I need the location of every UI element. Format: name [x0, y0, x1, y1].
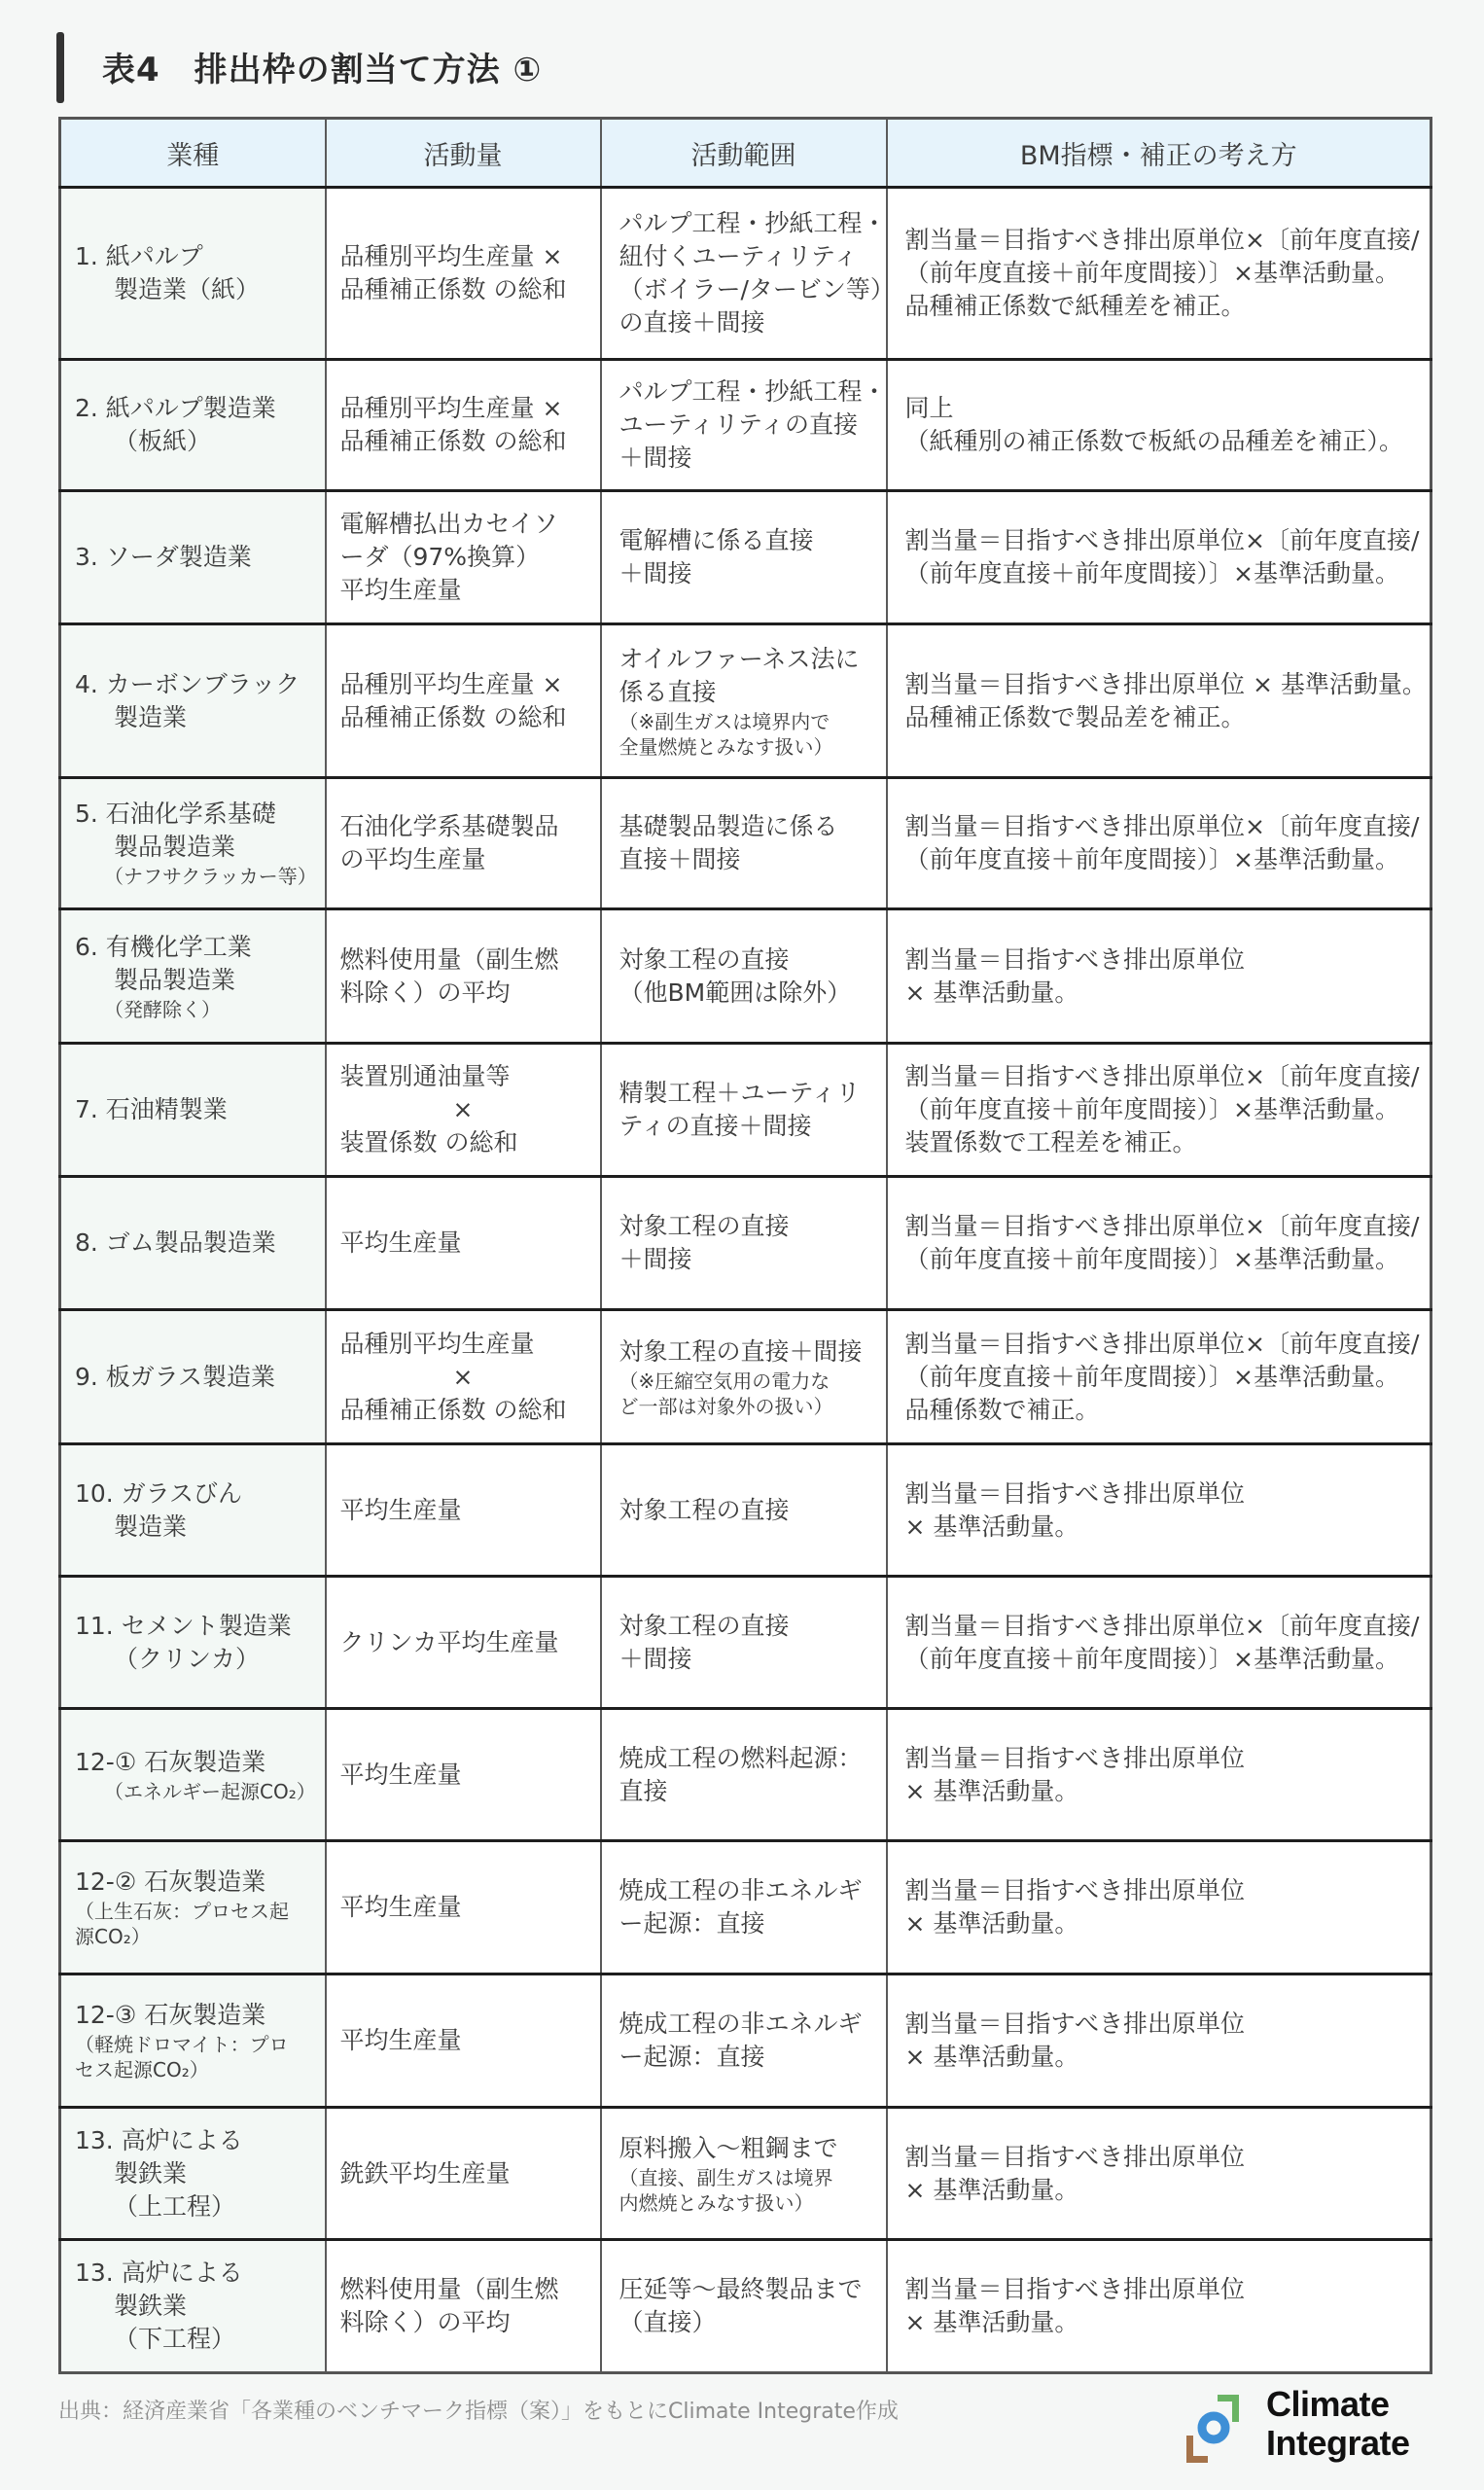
scope-text: ＋間接 [619, 1243, 872, 1276]
activity-text: 品種補正係数 の総和 [340, 1394, 586, 1427]
industry-cell: 13. 高炉による製鉄業（下工程） [60, 2240, 326, 2373]
method-text: × 基準活動量。 [905, 2174, 1417, 2207]
method-text: （前年度直接＋前年度間接）〕×基準活動量。 [905, 1243, 1417, 1276]
industry-cell: 12-② 石灰製造業（上生石灰：プロセス起源CO₂） [60, 1841, 326, 1974]
industry-label: 製造業 [75, 1511, 311, 1544]
industry-label: 2. 紙パルプ製造業 [75, 392, 311, 425]
scope-text: 対象工程の直接 [619, 943, 872, 977]
industry-label: （クリンカ） [75, 1643, 311, 1676]
scope-cell: パルプ工程・抄紙工程・紐付くユーティリティ（ボイラー/タービン等）の直接＋間接 [601, 188, 887, 360]
activity-text: 石油化学系基礎製品 [340, 810, 586, 843]
method-cell: 割当量＝目指すべき排出原単位×〔前年度直接/（前年度直接＋前年度間接）〕×基準活… [887, 1177, 1431, 1310]
activity-cell: クリンカ平均生産量 [326, 1577, 601, 1709]
scope-cell: 圧延等〜最終製品まで（直接） [601, 2240, 887, 2373]
table-row: 9. 板ガラス製造業品種別平均生産量×品種補正係数 の総和対象工程の直接＋間接（… [60, 1310, 1431, 1444]
activity-text: 料除く）の平均 [340, 2306, 586, 2339]
scope-text: 電解槽に係る直接 [619, 524, 872, 557]
industry-cell: 12-① 石灰製造業（エネルギー起源CO₂） [60, 1709, 326, 1841]
activity-cell: 品種別平均生産量×品種補正係数 の総和 [326, 1310, 601, 1444]
industry-cell: 4. カーボンブラック製造業 [60, 624, 326, 778]
table-row: 13. 高炉による製鉄業（上工程）銑鉄平均生産量原料搬入〜粗鋼まで（直接、副生ガ… [60, 2108, 1431, 2240]
scope-cell: 対象工程の直接 [601, 1444, 887, 1577]
method-cell: 割当量＝目指すべき排出原単位× 基準活動量。 [887, 1709, 1431, 1841]
scope-text: （直接） [619, 2306, 872, 2339]
industry-label: 製造業 [75, 701, 311, 734]
scope-cell: オイルファーネス法に係る直接（※副生ガスは境界内で全量燃焼とみなす扱い） [601, 624, 887, 778]
industry-label: 1. 紙パルプ [75, 240, 311, 273]
method-cell: 割当量＝目指すべき排出原単位× 基準活動量。 [887, 2108, 1431, 2240]
table-row: 6. 有機化学工業製品製造業（発酵除く）燃料使用量（副生燃料除く）の平均対象工程… [60, 909, 1431, 1044]
scope-note: 全量燃焼とみなす扱い） [619, 734, 872, 760]
activity-cell: 平均生産量 [326, 1841, 601, 1974]
scope-text: ー起源：直接 [619, 2041, 872, 2074]
scope-cell: 対象工程の直接＋間接 [601, 1577, 887, 1709]
method-cell: 割当量＝目指すべき排出原単位×〔前年度直接/（前年度直接＋前年度間接）〕×基準活… [887, 1577, 1431, 1709]
activity-cell: 品種別平均生産量 ×品種補正係数 の総和 [326, 624, 601, 778]
scope-cell: 対象工程の直接＋間接（※圧縮空気用の電力など一部は対象外の扱い） [601, 1310, 887, 1444]
scope-text: 焼成工程の非エネルギ [619, 2008, 872, 2041]
activity-text: 平均生産量 [340, 1891, 586, 1924]
industry-note: （発酵除く） [75, 997, 311, 1022]
scope-text: 対象工程の直接 [619, 1210, 872, 1243]
industry-label: 7. 石油精製業 [75, 1093, 311, 1126]
table-row: 2. 紙パルプ製造業（板紙）品種別平均生産量 ×品種補正係数 の総和パルプ工程・… [60, 360, 1431, 491]
method-text: （前年度直接＋前年度間接）〕×基準活動量。 [905, 1093, 1417, 1126]
scope-note: （直接、副生ガスは境界 [619, 2165, 872, 2190]
method-cell: 割当量＝目指すべき排出原単位×〔前年度直接/（前年度直接＋前年度間接）〕×基準活… [887, 1310, 1431, 1444]
climate-integrate-logo: Climate Integrate [1184, 2385, 1437, 2472]
scope-cell: 原料搬入〜粗鋼まで（直接、副生ガスは境界内燃焼とみなす扱い） [601, 2108, 887, 2240]
method-text: （前年度直接＋前年度間接）〕×基準活動量。 [905, 257, 1417, 290]
table-row: 8. ゴム製品製造業平均生産量対象工程の直接＋間接割当量＝目指すべき排出原単位×… [60, 1177, 1431, 1310]
industry-cell: 6. 有機化学工業製品製造業（発酵除く） [60, 909, 326, 1044]
method-text: 品種補正係数で製品差を補正。 [905, 701, 1417, 734]
industry-cell: 12-③ 石灰製造業（軽焼ドロマイト：プロセス起源CO₂） [60, 1974, 326, 2108]
table-row: 12-③ 石灰製造業（軽焼ドロマイト：プロセス起源CO₂）平均生産量焼成工程の非… [60, 1974, 1431, 2108]
scope-cell: パルプ工程・抄紙工程・ユーティリティの直接＋間接 [601, 360, 887, 491]
scope-text: 直接＋間接 [619, 843, 872, 876]
method-text: × 基準活動量。 [905, 1907, 1417, 1940]
source-note: 出典：経済産業省「各業種のベンチマーク指標（案）」をもとにClimate Int… [58, 2395, 899, 2425]
activity-text: 品種補正係数 の総和 [340, 425, 586, 458]
activity-cell: 品種別平均生産量 ×品種補正係数 の総和 [326, 188, 601, 360]
activity-text: × [340, 1093, 586, 1126]
method-cell: 割当量＝目指すべき排出原単位× 基準活動量。 [887, 1974, 1431, 2108]
activity-text: 品種別平均生産量 × [340, 668, 586, 701]
method-text: 割当量＝目指すべき排出原単位 [905, 2008, 1417, 2041]
method-text: 割当量＝目指すべき排出原単位 [905, 943, 1417, 977]
industry-label: 8. ゴム製品製造業 [75, 1227, 311, 1260]
method-text: × 基準活動量。 [905, 2041, 1417, 2074]
industry-label: 12-③ 石灰製造業 [75, 1999, 311, 2032]
industry-label: （下工程） [75, 2323, 311, 2356]
industry-label: 12-② 石灰製造業 [75, 1866, 311, 1899]
activity-text: の平均生産量 [340, 843, 586, 876]
industry-label: 9. 板ガラス製造業 [75, 1361, 311, 1394]
method-text: 割当量＝目指すべき排出原単位 [905, 2141, 1417, 2174]
industry-cell: 11. セメント製造業（クリンカ） [60, 1577, 326, 1709]
activity-text: 料除く）の平均 [340, 977, 586, 1010]
scope-text: ＋間接 [619, 442, 872, 475]
table-row: 12-① 石灰製造業（エネルギー起源CO₂）平均生産量焼成工程の燃料起源：直接割… [60, 1709, 1431, 1841]
scope-note: （※副生ガスは境界内で [619, 709, 872, 734]
method-cell: 割当量＝目指すべき排出原単位×〔前年度直接/（前年度直接＋前年度間接）〕×基準活… [887, 491, 1431, 624]
industry-cell: 8. ゴム製品製造業 [60, 1177, 326, 1310]
method-text: 割当量＝目指すべき排出原単位×〔前年度直接/ [905, 1210, 1417, 1243]
activity-text: 平均生産量 [340, 1494, 586, 1527]
industry-label: 10. ガラスびん [75, 1477, 311, 1511]
method-text: （前年度直接＋前年度間接）〕×基準活動量。 [905, 843, 1417, 876]
activity-text: 装置係数 の総和 [340, 1126, 586, 1159]
industry-note: 源CO₂） [75, 1924, 311, 1949]
method-cell: 同上（紙種別の補正係数で板紙の品種差を補正）。 [887, 360, 1431, 491]
method-text: （前年度直接＋前年度間接）〕×基準活動量。 [905, 557, 1417, 590]
scope-note: （※圧縮空気用の電力な [619, 1369, 872, 1394]
activity-text: 平均生産量 [340, 1759, 586, 1792]
method-text: 割当量＝目指すべき排出原単位×〔前年度直接/ [905, 524, 1417, 557]
activity-cell: 銑鉄平均生産量 [326, 2108, 601, 2240]
activity-text: 品種別平均生産量 × [340, 240, 586, 273]
method-text: 割当量＝目指すべき排出原単位×〔前年度直接/ [905, 1610, 1417, 1643]
activity-text: 電解槽払出カセイソ [340, 508, 586, 541]
activity-text: 品種別平均生産量 × [340, 392, 586, 425]
activity-text: × [340, 1361, 586, 1394]
industry-label: 製鉄業 [75, 2157, 311, 2190]
scope-text: パルプ工程・抄紙工程・ [619, 375, 872, 409]
scope-note: 内燃焼とみなす扱い） [619, 2190, 872, 2216]
method-text: × 基準活動量。 [905, 977, 1417, 1010]
industry-cell: 2. 紙パルプ製造業（板紙） [60, 360, 326, 491]
scope-text: 精製工程＋ユーティリ [619, 1077, 872, 1110]
table-row: 11. セメント製造業（クリンカ）クリンカ平均生産量対象工程の直接＋間接割当量＝… [60, 1577, 1431, 1709]
activity-cell: 装置別通油量等×装置係数 の総和 [326, 1044, 601, 1177]
scope-text: の直接＋間接 [619, 306, 872, 339]
header-scope: 活動範囲 [601, 119, 887, 188]
industry-note: セス起源CO₂） [75, 2057, 311, 2082]
table-row: 3. ソーダ製造業電解槽払出カセイソーダ（97%換算）平均生産量電解槽に係る直接… [60, 491, 1431, 624]
title-accent-bar [56, 32, 64, 103]
scope-text: （他BM範囲は除外） [619, 977, 872, 1010]
method-text: 割当量＝目指すべき排出原単位×〔前年度直接/ [905, 224, 1417, 257]
scope-cell: 対象工程の直接（他BM範囲は除外） [601, 909, 887, 1044]
allocation-method-table: 業種 活動量 活動範囲 BM指標・補正の考え方 1. 紙パルプ製造業（紙）品種別… [58, 117, 1432, 2374]
method-cell: 割当量＝目指すべき排出原単位×〔前年度直接/（前年度直接＋前年度間接）〕×基準活… [887, 1044, 1431, 1177]
logo-mark-icon [1184, 2385, 1262, 2472]
activity-text: 燃料使用量（副生燃 [340, 943, 586, 977]
method-text: 割当量＝目指すべき排出原単位×〔前年度直接/ [905, 1328, 1417, 1361]
industry-cell: 1. 紙パルプ製造業（紙） [60, 188, 326, 360]
table-row: 4. カーボンブラック製造業品種別平均生産量 ×品種補正係数 の総和オイルファー… [60, 624, 1431, 778]
method-cell: 割当量＝目指すべき排出原単位× 基準活動量。 [887, 1841, 1431, 1974]
scope-text: パルプ工程・抄紙工程・ [619, 207, 872, 240]
method-text: （前年度直接＋前年度間接）〕×基準活動量。 [905, 1643, 1417, 1676]
industry-label: （板紙） [75, 425, 311, 458]
activity-text: 品種補正係数 の総和 [340, 701, 586, 734]
scope-text: （ボイラー/タービン等） [619, 273, 872, 306]
activity-text: 品種補正係数 の総和 [340, 273, 586, 306]
method-text: 割当量＝目指すべき排出原単位 [905, 1477, 1417, 1511]
activity-text: 平均生産量 [340, 2024, 586, 2057]
header-industry: 業種 [60, 119, 326, 188]
method-text: （前年度直接＋前年度間接）〕×基準活動量。 [905, 1361, 1417, 1394]
scope-cell: 対象工程の直接＋間接 [601, 1177, 887, 1310]
activity-cell: 平均生産量 [326, 1974, 601, 2108]
scope-text: オイルファーネス法に [619, 643, 872, 676]
industry-cell: 5. 石油化学系基礎製品製造業（ナフサクラッカー等） [60, 778, 326, 909]
method-cell: 割当量＝目指すべき排出原単位× 基準活動量。 [887, 1444, 1431, 1577]
table-row: 12-② 石灰製造業（上生石灰：プロセス起源CO₂）平均生産量焼成工程の非エネル… [60, 1841, 1431, 1974]
scope-text: ＋間接 [619, 557, 872, 590]
scope-text: 直接 [619, 1775, 872, 1808]
activity-text: 平均生産量 [340, 574, 586, 607]
method-text: 割当量＝目指すべき排出原単位 × 基準活動量。 [905, 668, 1417, 701]
method-cell: 割当量＝目指すべき排出原単位×〔前年度直接/（前年度直接＋前年度間接）〕×基準活… [887, 778, 1431, 909]
method-text: 割当量＝目指すべき排出原単位 [905, 1874, 1417, 1907]
document-card: 表4 排出枠の割当て方法 ① 業種 活動量 活動範囲 BM指標・補正の考え方 1… [0, 0, 1484, 2490]
industry-label: （上工程） [75, 2190, 311, 2223]
industry-label: 4. カーボンブラック [75, 668, 311, 701]
industry-note: （上生石灰：プロセス起 [75, 1899, 311, 1924]
activity-cell: 品種別平均生産量 ×品種補正係数 の総和 [326, 360, 601, 491]
industry-label: 13. 高炉による [75, 2257, 311, 2290]
logo-text: Climate Integrate [1266, 2385, 1410, 2463]
method-cell: 割当量＝目指すべき排出原単位 × 基準活動量。品種補正係数で製品差を補正。 [887, 624, 1431, 778]
industry-label: 製鉄業 [75, 2290, 311, 2323]
table-row: 1. 紙パルプ製造業（紙）品種別平均生産量 ×品種補正係数 の総和パルプ工程・抄… [60, 188, 1431, 360]
activity-text: クリンカ平均生産量 [340, 1626, 586, 1659]
scope-cell: 基礎製品製造に係る直接＋間接 [601, 778, 887, 909]
industry-label: 11. セメント製造業 [75, 1610, 311, 1643]
industry-label: 製造業（紙） [75, 273, 311, 306]
method-text: 割当量＝目指すべき排出原単位 [905, 1742, 1417, 1775]
industry-note: （軽焼ドロマイト：プロ [75, 2032, 311, 2057]
scope-text: ー起源：直接 [619, 1907, 872, 1940]
scope-text: 圧延等〜最終製品まで [619, 2273, 872, 2306]
scope-cell: 焼成工程の燃料起源：直接 [601, 1709, 887, 1841]
industry-note: （ナフサクラッカー等） [75, 864, 311, 889]
activity-text: 平均生産量 [340, 1227, 586, 1260]
method-text: 品種係数で補正。 [905, 1394, 1417, 1427]
method-text: （紙種別の補正係数で板紙の品種差を補正）。 [905, 425, 1417, 458]
industry-cell: 9. 板ガラス製造業 [60, 1310, 326, 1444]
method-cell: 割当量＝目指すべき排出原単位× 基準活動量。 [887, 909, 1431, 1044]
scope-text: 基礎製品製造に係る [619, 810, 872, 843]
activity-cell: 平均生産量 [326, 1709, 601, 1841]
scope-text: 焼成工程の非エネルギ [619, 1874, 872, 1907]
table-row: 13. 高炉による製鉄業（下工程）燃料使用量（副生燃料除く）の平均圧延等〜最終製… [60, 2240, 1431, 2373]
scope-text: 係る直接 [619, 676, 872, 709]
activity-cell: 電解槽払出カセイソーダ（97%換算）平均生産量 [326, 491, 601, 624]
header-method: BM指標・補正の考え方 [887, 119, 1431, 188]
activity-cell: 石油化学系基礎製品の平均生産量 [326, 778, 601, 909]
activity-text: ーダ（97%換算） [340, 541, 586, 574]
method-text: 品種補正係数で紙種差を補正。 [905, 290, 1417, 323]
scope-text: 対象工程の直接 [619, 1494, 872, 1527]
activity-cell: 燃料使用量（副生燃料除く）の平均 [326, 2240, 601, 2373]
industry-label: 製品製造業 [75, 831, 311, 864]
scope-text: 対象工程の直接＋間接 [619, 1335, 872, 1369]
header-activity: 活動量 [326, 119, 601, 188]
method-text: 割当量＝目指すべき排出原単位×〔前年度直接/ [905, 810, 1417, 843]
scope-text: 焼成工程の燃料起源： [619, 1742, 872, 1775]
method-text: 装置係数で工程差を補正。 [905, 1126, 1417, 1159]
industry-cell: 10. ガラスびん製造業 [60, 1444, 326, 1577]
scope-note: ど一部は対象外の扱い） [619, 1394, 872, 1419]
table-header-row: 業種 活動量 活動範囲 BM指標・補正の考え方 [60, 119, 1431, 188]
industry-label: 6. 有機化学工業 [75, 931, 311, 964]
scope-text: ユーティリティの直接 [619, 409, 872, 442]
scope-text: ＋間接 [619, 1643, 872, 1676]
table-row: 5. 石油化学系基礎製品製造業（ナフサクラッカー等）石油化学系基礎製品の平均生産… [60, 778, 1431, 909]
scope-cell: 焼成工程の非エネルギー起源：直接 [601, 1974, 887, 2108]
activity-text: 燃料使用量（副生燃 [340, 2273, 586, 2306]
activity-cell: 燃料使用量（副生燃料除く）の平均 [326, 909, 601, 1044]
method-text: × 基準活動量。 [905, 1775, 1417, 1808]
scope-text: 対象工程の直接 [619, 1610, 872, 1643]
industry-cell: 13. 高炉による製鉄業（上工程） [60, 2108, 326, 2240]
method-text: 同上 [905, 392, 1417, 425]
industry-cell: 7. 石油精製業 [60, 1044, 326, 1177]
table-row: 10. ガラスびん製造業平均生産量対象工程の直接割当量＝目指すべき排出原単位× … [60, 1444, 1431, 1577]
industry-note: （エネルギー起源CO₂） [75, 1779, 311, 1804]
method-cell: 割当量＝目指すべき排出原単位×〔前年度直接/（前年度直接＋前年度間接）〕×基準活… [887, 188, 1431, 360]
activity-text: 銑鉄平均生産量 [340, 2157, 586, 2190]
method-text: 割当量＝目指すべき排出原単位×〔前年度直接/ [905, 1060, 1417, 1093]
method-cell: 割当量＝目指すべき排出原単位× 基準活動量。 [887, 2240, 1431, 2373]
activity-text: 品種別平均生産量 [340, 1328, 586, 1361]
industry-label: 3. ソーダ製造業 [75, 541, 311, 574]
table-row: 7. 石油精製業装置別通油量等×装置係数 の総和精製工程＋ユーティリティの直接＋… [60, 1044, 1431, 1177]
scope-text: 原料搬入〜粗鋼まで [619, 2132, 872, 2165]
industry-cell: 3. ソーダ製造業 [60, 491, 326, 624]
method-text: 割当量＝目指すべき排出原単位 [905, 2273, 1417, 2306]
scope-cell: 焼成工程の非エネルギー起源：直接 [601, 1841, 887, 1974]
scope-cell: 電解槽に係る直接＋間接 [601, 491, 887, 624]
page-title: 表4 排出枠の割当て方法 ① [102, 43, 542, 90]
activity-cell: 平均生産量 [326, 1444, 601, 1577]
scope-cell: 精製工程＋ユーティリティの直接＋間接 [601, 1044, 887, 1177]
industry-label: 製品製造業 [75, 964, 311, 997]
industry-label: 5. 石油化学系基礎 [75, 798, 311, 831]
scope-text: ティの直接＋間接 [619, 1110, 872, 1143]
scope-text: 紐付くユーティリティ [619, 240, 872, 273]
method-text: × 基準活動量。 [905, 2306, 1417, 2339]
activity-cell: 平均生産量 [326, 1177, 601, 1310]
industry-label: 13. 高炉による [75, 2124, 311, 2157]
method-text: × 基準活動量。 [905, 1511, 1417, 1544]
industry-label: 12-① 石灰製造業 [75, 1746, 311, 1779]
activity-text: 装置別通油量等 [340, 1060, 586, 1093]
